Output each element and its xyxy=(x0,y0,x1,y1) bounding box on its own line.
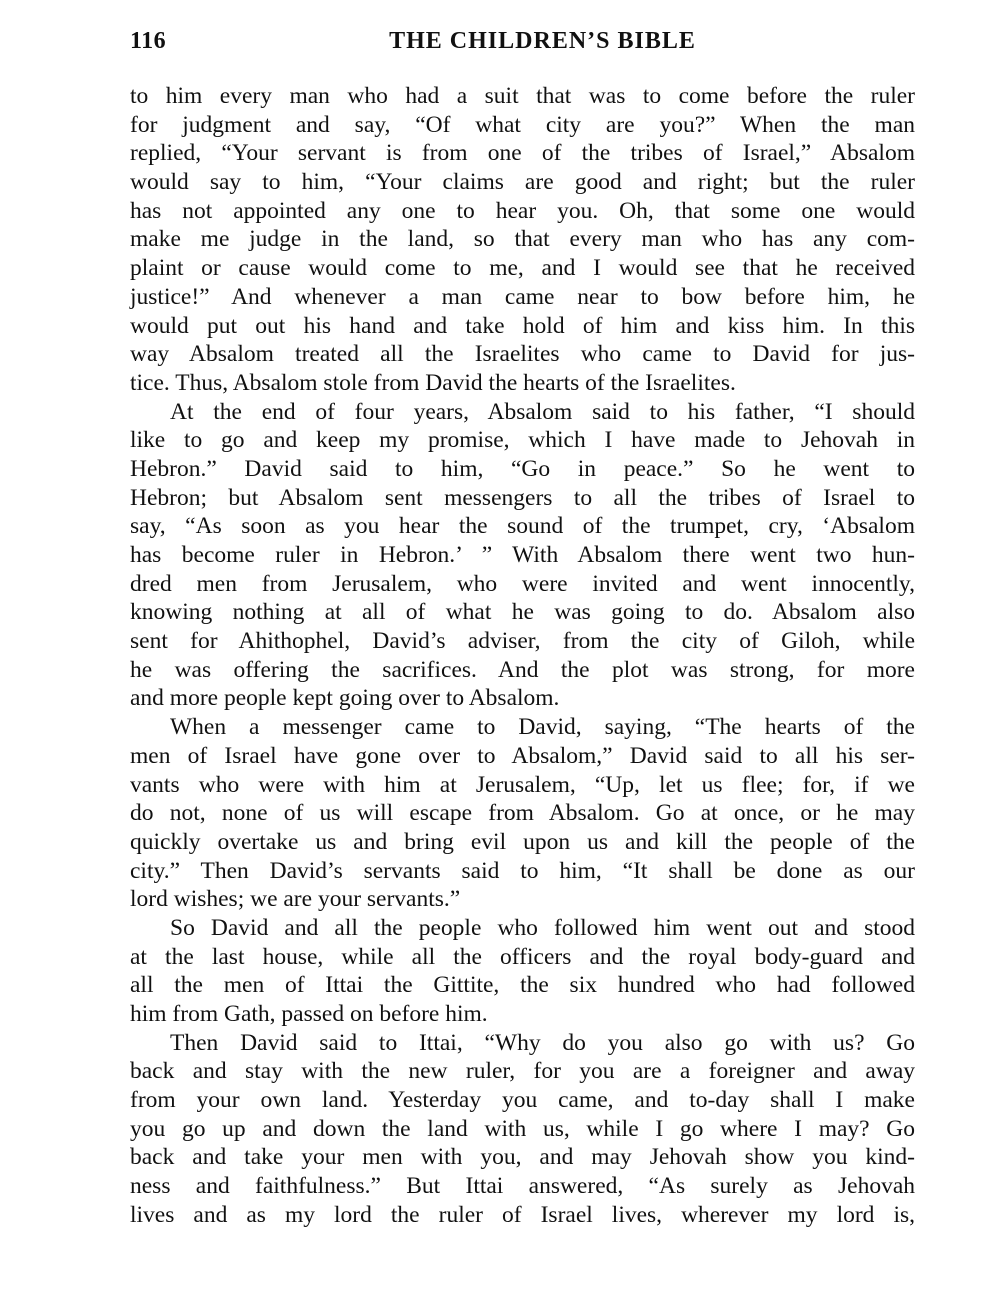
book-page: 116 THE CHILDREN’S BIBLE to him every ma… xyxy=(0,0,1000,1305)
text-line: justice!” And whenever a man came near t… xyxy=(130,283,915,312)
text-line: So David and all the people who followed… xyxy=(130,914,915,943)
text-line: When a messenger came to David, saying, … xyxy=(130,713,915,742)
text-line: way Absalom treated all the Israelites w… xyxy=(130,340,915,369)
text-line: ness and faithfulness.” But Ittai answer… xyxy=(130,1172,915,1201)
paragraph: So David and all the people who followed… xyxy=(130,914,915,1029)
text-line: plaint or cause would come to me, and I … xyxy=(130,254,915,283)
body-text: to him every man who had a suit that was… xyxy=(130,82,915,1230)
text-line: replied, “Your servant is from one of th… xyxy=(130,139,915,168)
text-line: has not appointed any one to hear you. O… xyxy=(130,197,915,226)
text-line: would say to him, “Your claims are good … xyxy=(130,168,915,197)
text-line: quickly overtake us and bring evil upon … xyxy=(130,828,915,857)
text-line: make me judge in the land, so that every… xyxy=(130,225,915,254)
text-line: lord wishes; we are your servants.” xyxy=(130,885,915,914)
text-line: back and stay with the new ruler, for yo… xyxy=(130,1057,915,1086)
text-line: at the last house, while all the officer… xyxy=(130,943,915,972)
paragraph: Then David said to Ittai, “Why do you al… xyxy=(130,1029,915,1230)
text-line: dred men from Jerusalem, who were invite… xyxy=(130,570,915,599)
text-line: like to go and keep my promise, which I … xyxy=(130,426,915,455)
text-line: sent for Ahithophel, David’s adviser, fr… xyxy=(130,627,915,656)
text-line: vants who were with him at Jerusalem, “U… xyxy=(130,771,915,800)
text-line: for judgment and say, “Of what city are … xyxy=(130,111,915,140)
text-line: you go up and down the land with us, whi… xyxy=(130,1115,915,1144)
text-line: tice. Thus, Absalom stole from David the… xyxy=(130,369,915,398)
paragraph: to him every man who had a suit that was… xyxy=(130,82,915,398)
text-line: back and take your men with you, and may… xyxy=(130,1143,915,1172)
text-line: At the end of four years, Absalom said t… xyxy=(130,398,915,427)
text-line: Hebron.” David said to him, “Go in peace… xyxy=(130,455,915,484)
paragraph: When a messenger came to David, saying, … xyxy=(130,713,915,914)
text-line: all the men of Ittai the Gittite, the si… xyxy=(130,971,915,1000)
text-line: and more people kept going over to Absal… xyxy=(130,684,915,713)
text-line: from your own land. Yesterday you came, … xyxy=(130,1086,915,1115)
text-line: him from Gath, passed on before him. xyxy=(130,1000,915,1029)
text-line: knowing nothing at all of what he was go… xyxy=(130,598,915,627)
text-line: men of Israel have gone over to Absalom,… xyxy=(130,742,915,771)
text-line: do not, none of us will escape from Absa… xyxy=(130,799,915,828)
text-line: Then David said to Ittai, “Why do you al… xyxy=(130,1029,915,1058)
text-line: lives and as my lord the ruler of Israel… xyxy=(130,1201,915,1230)
running-head: 116 THE CHILDREN’S BIBLE xyxy=(130,28,915,62)
text-line: say, “As soon as you hear the sound of t… xyxy=(130,512,915,541)
text-line: to him every man who had a suit that was… xyxy=(130,82,915,111)
paragraph: At the end of four years, Absalom said t… xyxy=(130,398,915,714)
text-line: he was offering the sacrifices. And the … xyxy=(130,656,915,685)
text-line: city.” Then David’s servants said to him… xyxy=(130,857,915,886)
text-line: would put out his hand and take hold of … xyxy=(130,312,915,341)
text-line: Hebron; but Absalom sent messengers to a… xyxy=(130,484,915,513)
running-title: THE CHILDREN’S BIBLE xyxy=(130,28,915,55)
text-line: has become ruler in Hebron.’ ” With Absa… xyxy=(130,541,915,570)
